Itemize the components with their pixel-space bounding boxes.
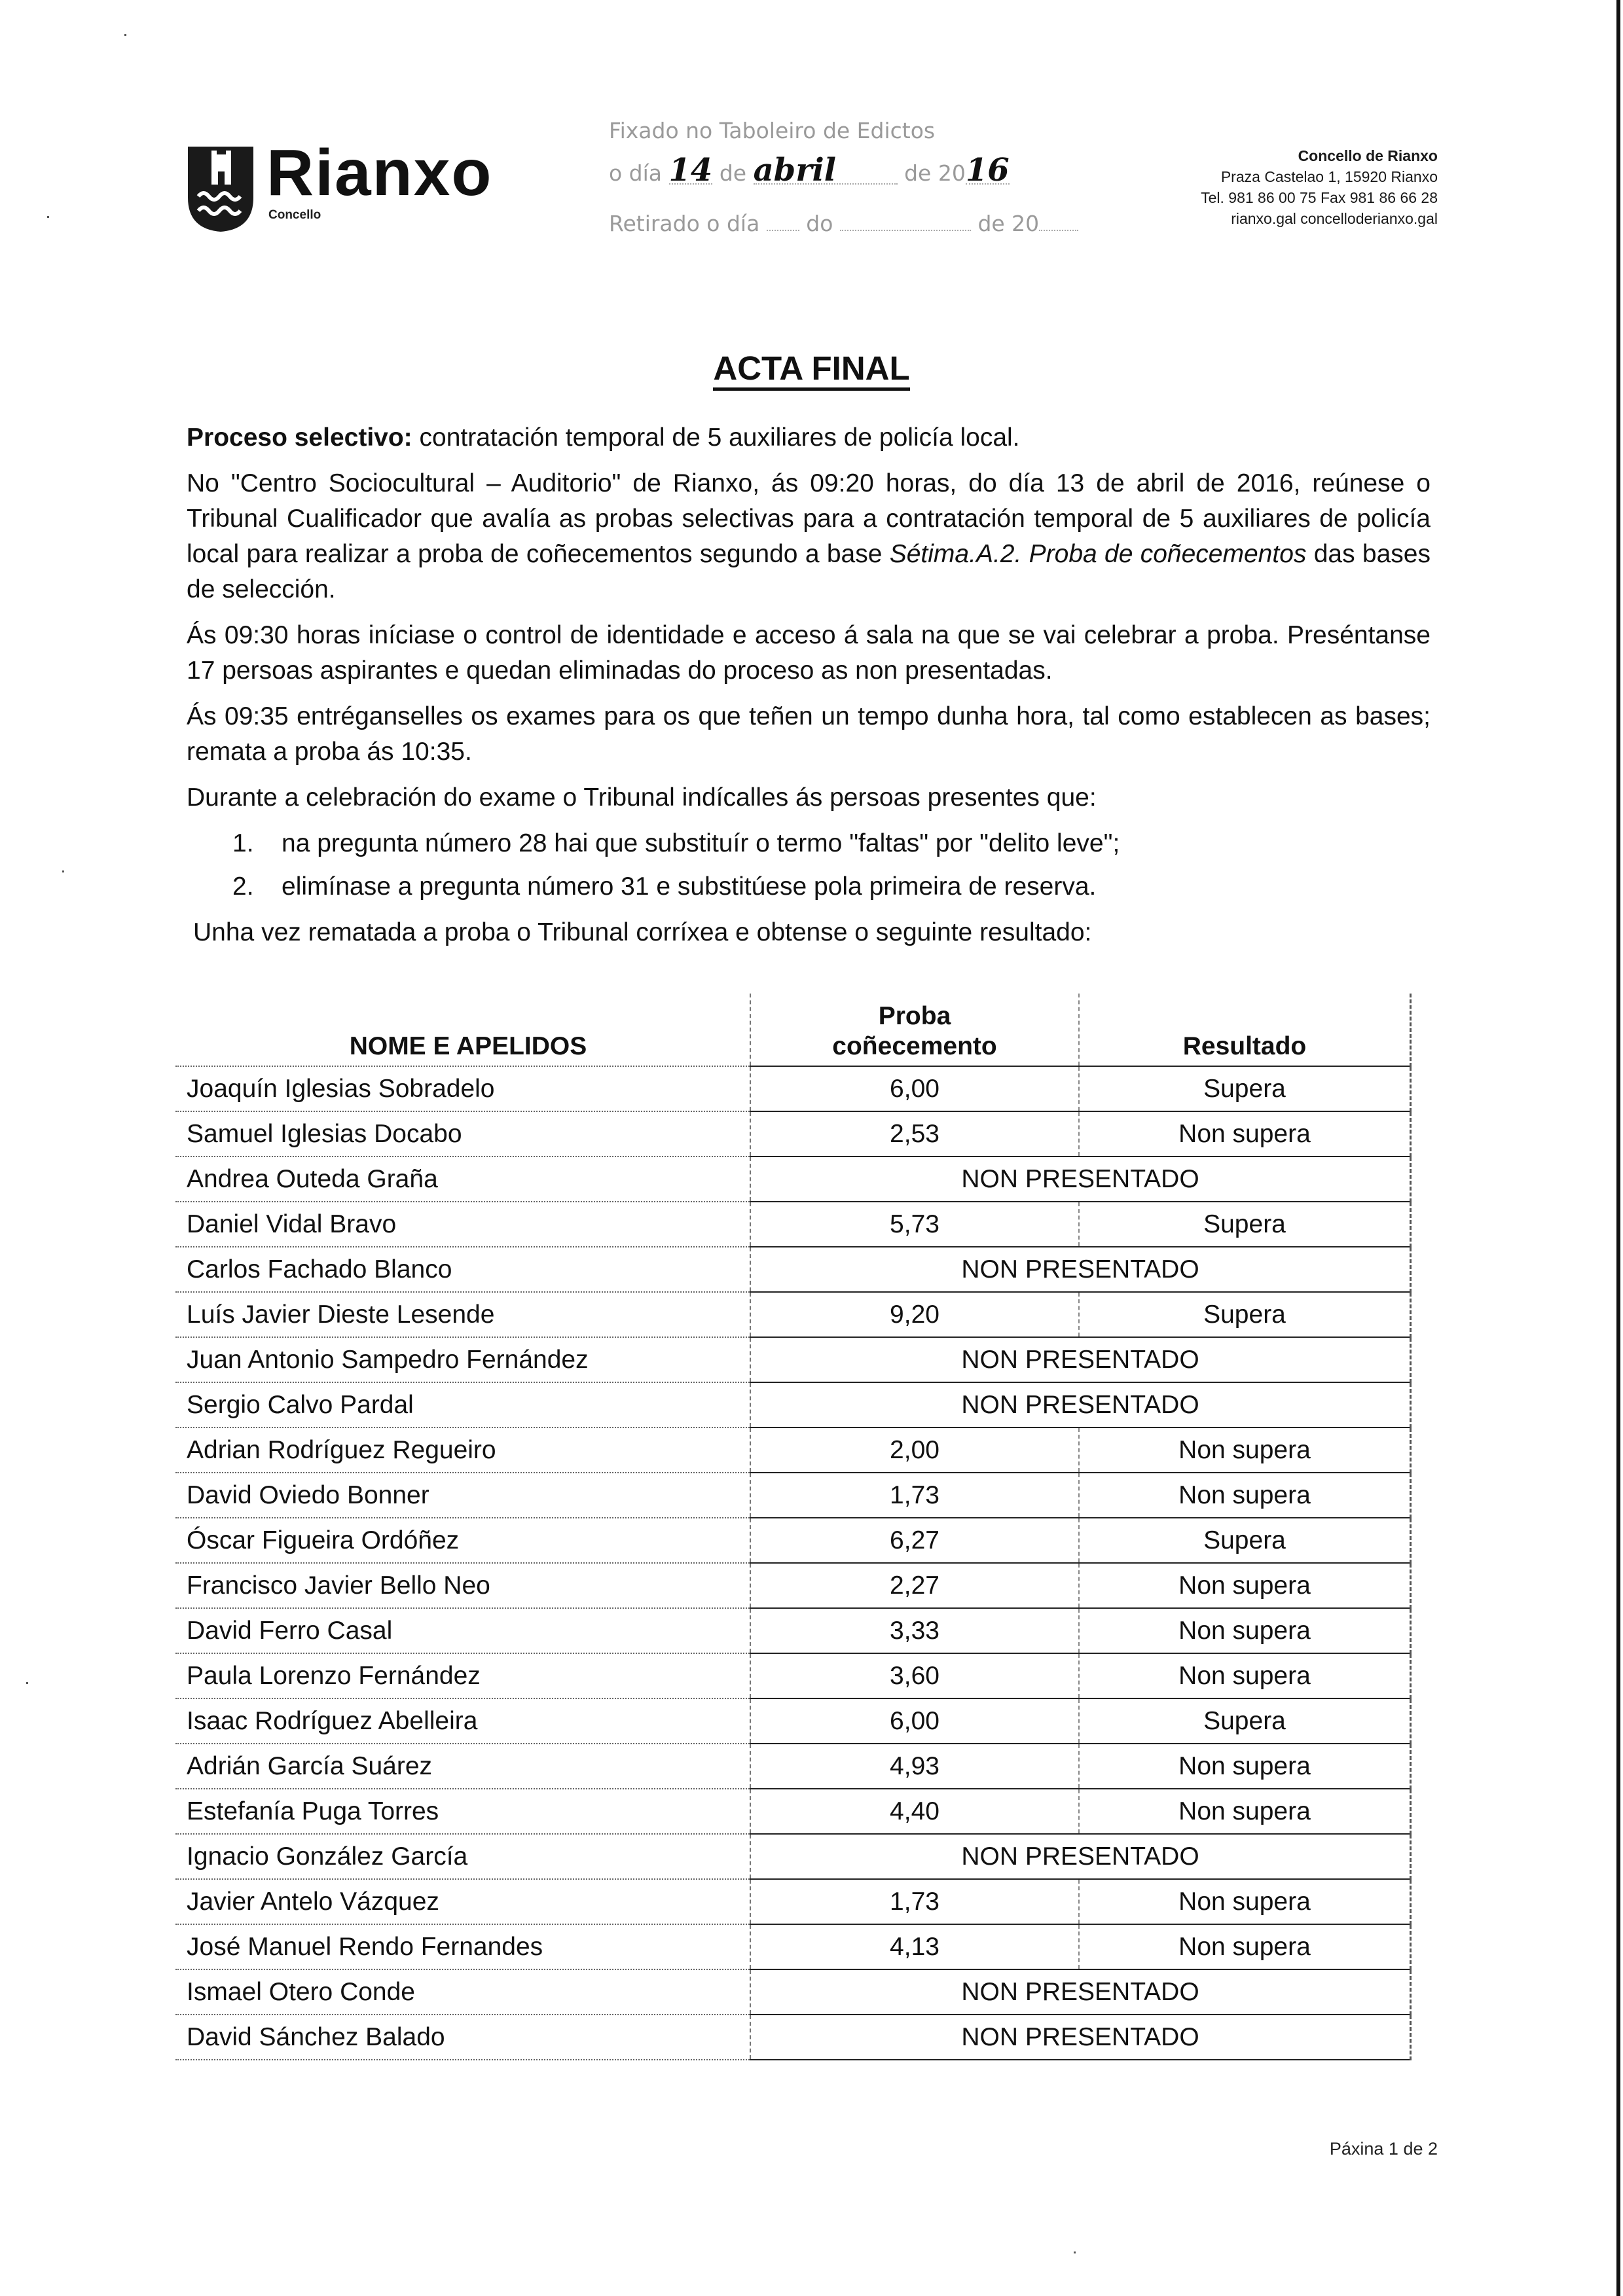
candidate-score: 6,27 (750, 1518, 1079, 1563)
candidate-name: Samuel Iglesias Docabo (175, 1111, 750, 1157)
table-row: Andrea Outeda GrañaNON PRESENTADO (175, 1157, 1411, 1202)
status-not-presented: NON PRESENTADO (750, 1834, 1411, 1879)
candidate-result: Supera (1079, 1066, 1411, 1111)
candidate-result: Non supera (1079, 1608, 1411, 1653)
table-row: Estefanía Puga Torres4,40Non supera (175, 1789, 1411, 1834)
candidate-score: 1,73 (750, 1473, 1079, 1518)
process-line: Proceso selectivo: contratación temporal… (187, 420, 1431, 456)
list-item: 1. na pregunta número 28 hai que substit… (187, 826, 1431, 861)
candidate-score: 3,60 (750, 1653, 1079, 1698)
candidate-name: David Ferro Casal (175, 1608, 750, 1653)
candidate-score: 3,33 (750, 1608, 1079, 1653)
candidate-score: 4,40 (750, 1789, 1079, 1834)
table-row: Luís Javier Dieste Lesende9,20Supera (175, 1292, 1411, 1337)
coat-of-arms-icon (187, 145, 255, 233)
results-table: NOME E APELIDOS Proba coñecemento Result… (175, 994, 1412, 2060)
scan-speck (124, 34, 126, 36)
candidate-score: 4,93 (750, 1744, 1079, 1789)
document-title: ACTA FINAL (0, 349, 1623, 388)
candidate-result: Non supera (1079, 1744, 1411, 1789)
page-number: Páxina 1 de 2 (1330, 2139, 1438, 2159)
table-row: Paula Lorenzo Fernández3,60Non supera (175, 1653, 1411, 1698)
candidate-name: Daniel Vidal Bravo (175, 1202, 750, 1247)
candidate-name: José Manuel Rendo Fernandes (175, 1924, 750, 1969)
candidate-score: 1,73 (750, 1879, 1079, 1924)
table-row: Adrián García Suárez4,93Non supera (175, 1744, 1411, 1789)
header-name: NOME E APELIDOS (175, 994, 750, 1066)
posted-year: 16 (966, 157, 1010, 185)
candidate-result: Non supera (1079, 1789, 1411, 1834)
candidate-name: Juan Antonio Sampedro Fernández (175, 1337, 750, 1382)
candidate-name: Adrián García Suárez (175, 1744, 750, 1789)
candidate-score: 2,00 (750, 1427, 1079, 1473)
logo-name: Rianxo (266, 141, 492, 204)
candidate-result: Non supera (1079, 1924, 1411, 1969)
candidate-name: Paula Lorenzo Fernández (175, 1653, 750, 1698)
table-row: David Ferro Casal3,33Non supera (175, 1608, 1411, 1653)
candidate-result: Non supera (1079, 1563, 1411, 1608)
paragraph-identity-check: Ás 09:30 horas iníciase o control de ide… (187, 618, 1431, 689)
table-row: Sergio Calvo PardalNON PRESENTADO (175, 1382, 1411, 1427)
removed-day-blank (767, 230, 799, 231)
table-row: David Oviedo Bonner1,73Non supera (175, 1473, 1411, 1518)
list-item: 2. elimínase a pregunta número 31 e subs… (187, 869, 1431, 905)
table-row: Ismael Otero CondeNON PRESENTADO (175, 1969, 1411, 2015)
status-not-presented: NON PRESENTADO (750, 1157, 1411, 1202)
process-text: contratación temporal de 5 auxiliares de… (412, 423, 1020, 452)
removed-year-blank (1039, 230, 1078, 231)
table-header-row: NOME E APELIDOS Proba coñecemento Result… (175, 994, 1411, 1066)
table-row: Daniel Vidal Bravo5,73Supera (175, 1202, 1411, 1247)
contact-address: Praza Castelao 1, 15920 Rianxo (1201, 166, 1438, 187)
removed-month-blank (840, 230, 971, 231)
candidate-score: 6,00 (750, 1066, 1079, 1111)
candidate-result: Supera (1079, 1698, 1411, 1744)
candidate-score: 4,13 (750, 1924, 1079, 1969)
table-row: Ignacio González GarcíaNON PRESENTADO (175, 1834, 1411, 1879)
candidate-name: Andrea Outeda Graña (175, 1157, 750, 1202)
candidate-name: Estefanía Puga Torres (175, 1789, 750, 1834)
posted-day: 14 (669, 157, 713, 185)
candidate-name: David Oviedo Bonner (175, 1473, 750, 1518)
status-not-presented: NON PRESENTADO (750, 1969, 1411, 2015)
instructions-list: 1. na pregunta número 28 hai que substit… (187, 826, 1431, 905)
stamp-posted-line: o día 14 de abril de 2016 (609, 157, 1078, 211)
candidate-name: Joaquín Iglesias Sobradelo (175, 1066, 750, 1111)
table-row: Joaquín Iglesias Sobradelo6,00Supera (175, 1066, 1411, 1111)
candidate-score: 5,73 (750, 1202, 1079, 1247)
scan-speck (1074, 2251, 1076, 2253)
posted-month: abril (754, 157, 898, 185)
scan-edge-line (1616, 0, 1620, 2296)
contact-web: rianxo.gal concellode­rianxo.gal (1201, 208, 1438, 229)
status-not-presented: NON PRESENTADO (750, 1337, 1411, 1382)
document-body: Proceso selectivo: contratación temporal… (187, 420, 1431, 961)
candidate-result: Non supera (1079, 1473, 1411, 1518)
candidate-name: Isaac Rodríguez Abelleira (175, 1698, 750, 1744)
scan-speck (26, 1682, 28, 1684)
candidate-name: David Sánchez Balado (175, 2015, 750, 2060)
table-row: Samuel Iglesias Docabo2,53Non supera (175, 1111, 1411, 1157)
candidate-result: Non supera (1079, 1879, 1411, 1924)
table-row: Isaac Rodríguez Abelleira6,00Supera (175, 1698, 1411, 1744)
candidate-name: Francisco Javier Bello Neo (175, 1563, 750, 1608)
candidate-name: Ismael Otero Conde (175, 1969, 750, 2015)
candidate-result: Non supera (1079, 1427, 1411, 1473)
candidate-result: Non supera (1079, 1653, 1411, 1698)
table-row: Javier Antelo Vázquez1,73Non supera (175, 1879, 1411, 1924)
candidate-name: Carlos Fachado Blanco (175, 1247, 750, 1292)
municipal-logo: Rianxo Concello (187, 145, 492, 233)
paragraph-meeting: No "Centro Sociocultural – Auditorio" de… (187, 466, 1431, 607)
table-row: José Manuel Rendo Fernandes4,13Non super… (175, 1924, 1411, 1969)
scan-speck (62, 870, 64, 872)
candidate-score: 6,00 (750, 1698, 1079, 1744)
contact-phones: Tel. 981 86 00 75 Fax 981 86 66 28 (1201, 187, 1438, 208)
contact-org: Concello de Rianxo (1201, 145, 1438, 166)
candidate-score: 9,20 (750, 1292, 1079, 1337)
status-not-presented: NON PRESENTADO (750, 2015, 1411, 2060)
candidate-name: Óscar Figueira Ordóñez (175, 1518, 750, 1563)
table-row: Juan Antonio Sampedro FernándezNON PRESE… (175, 1337, 1411, 1382)
candidate-result: Supera (1079, 1202, 1411, 1247)
paragraph-exam-delivery: Ás 09:35 entréganselles os exames para o… (187, 699, 1431, 770)
paragraph-results-intro: Unha vez rematada a proba o Tribunal cor… (187, 915, 1431, 950)
notice-board-stamp: Fixado no Taboleiro de Edictos o día 14 … (609, 118, 1078, 264)
scan-speck (47, 216, 49, 218)
table-row: Adrian Rodríguez Regueiro2,00Non supera (175, 1427, 1411, 1473)
logo-subtitle: Concello (268, 208, 492, 223)
candidate-result: Non supera (1079, 1111, 1411, 1157)
status-not-presented: NON PRESENTADO (750, 1247, 1411, 1292)
paragraph-instructions: Durante a celebración do exame o Tribuna… (187, 780, 1431, 816)
contact-block: Concello de Rianxo Praza Castelao 1, 159… (1201, 145, 1438, 229)
table-row: Carlos Fachado BlancoNON PRESENTADO (175, 1247, 1411, 1292)
candidate-name: Javier Antelo Vázquez (175, 1879, 750, 1924)
table-row: Óscar Figueira Ordóñez6,27Supera (175, 1518, 1411, 1563)
candidate-name: Sergio Calvo Pardal (175, 1382, 750, 1427)
stamp-title: Fixado no Taboleiro de Edictos (609, 118, 1078, 157)
status-not-presented: NON PRESENTADO (750, 1382, 1411, 1427)
candidate-score: 2,27 (750, 1563, 1079, 1608)
table-row: Francisco Javier Bello Neo2,27Non supera (175, 1563, 1411, 1608)
candidate-result: Supera (1079, 1292, 1411, 1337)
header-score: Proba coñecemento (750, 994, 1079, 1066)
candidate-name: Luís Javier Dieste Lesende (175, 1292, 750, 1337)
candidate-score: 2,53 (750, 1111, 1079, 1157)
candidate-result: Supera (1079, 1518, 1411, 1563)
header-result: Resultado (1079, 994, 1411, 1066)
process-label: Proceso selectivo: (187, 423, 412, 452)
candidate-name: Ignacio González García (175, 1834, 750, 1879)
table-row: David Sánchez BaladoNON PRESENTADO (175, 2015, 1411, 2060)
candidate-name: Adrian Rodríguez Regueiro (175, 1427, 750, 1473)
stamp-removed-line: Retirado o día do de 20 (609, 211, 1078, 264)
